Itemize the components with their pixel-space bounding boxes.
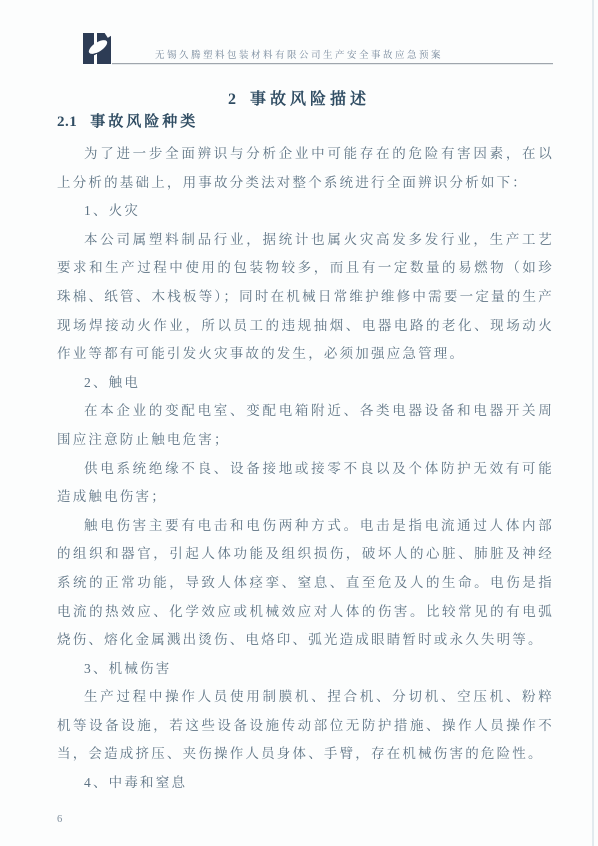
paragraph-intro: 为了进一步全面辨识与分析企业中可能存在的危险有害因素，在以上分析的基础上，用事故… xyxy=(57,140,554,197)
paragraph-mechanical: 生产过程中操作人员使用制膜机、捏合机、分切机、空压机、粉粹机等设备设施，若这些设… xyxy=(57,683,554,769)
document-page: 无锡久腾塑料包装材料有限公司生产安全事故应急预案 2事故风险描述 2.1事故风险… xyxy=(0,0,598,846)
header-company-line: 无锡久腾塑料包装材料有限公司生产安全事故应急预案 xyxy=(0,47,598,61)
paragraph-electric-2: 供电系统绝缘不良、设备接地或接零不良以及个体防护无效有可能造成触电伤害； xyxy=(57,455,554,512)
page-number: 6 xyxy=(57,814,62,825)
paragraph-electric-1: 在本企业的变配电室、变配电箱附近、各类电器设备和电器开关周围应注意防止触电危害； xyxy=(57,397,554,454)
scan-edge-artifact xyxy=(592,0,594,846)
list-heading-mechanical: 3、机械伤害 xyxy=(57,655,554,684)
chapter-number: 2 xyxy=(228,91,236,108)
chapter-title: 2事故风险描述 xyxy=(0,86,598,109)
chapter-title-text: 事故风险描述 xyxy=(250,91,370,108)
paragraph-electric-3: 触电伤害主要有电击和电伤两种方式。电击是指电流通过人体内部的组织和器官，引起人体… xyxy=(57,512,554,655)
list-heading-poison: 4、中毒和窒息 xyxy=(57,769,554,798)
document-body: 为了进一步全面辨识与分析企业中可能存在的危险有害因素，在以上分析的基础上，用事故… xyxy=(57,140,554,798)
paragraph-fire: 本公司属塑料制品行业，据统计也属火灾高发多发行业，生产工艺要求和生产过程中使用的… xyxy=(57,226,554,369)
list-heading-fire: 1、火灾 xyxy=(57,197,554,226)
section-heading: 2.1事故风险种类 xyxy=(57,110,198,131)
header-divider xyxy=(112,63,553,64)
section-heading-text: 事故风险种类 xyxy=(90,114,198,130)
section-number: 2.1 xyxy=(57,114,77,130)
list-heading-electric: 2、触电 xyxy=(57,369,554,398)
